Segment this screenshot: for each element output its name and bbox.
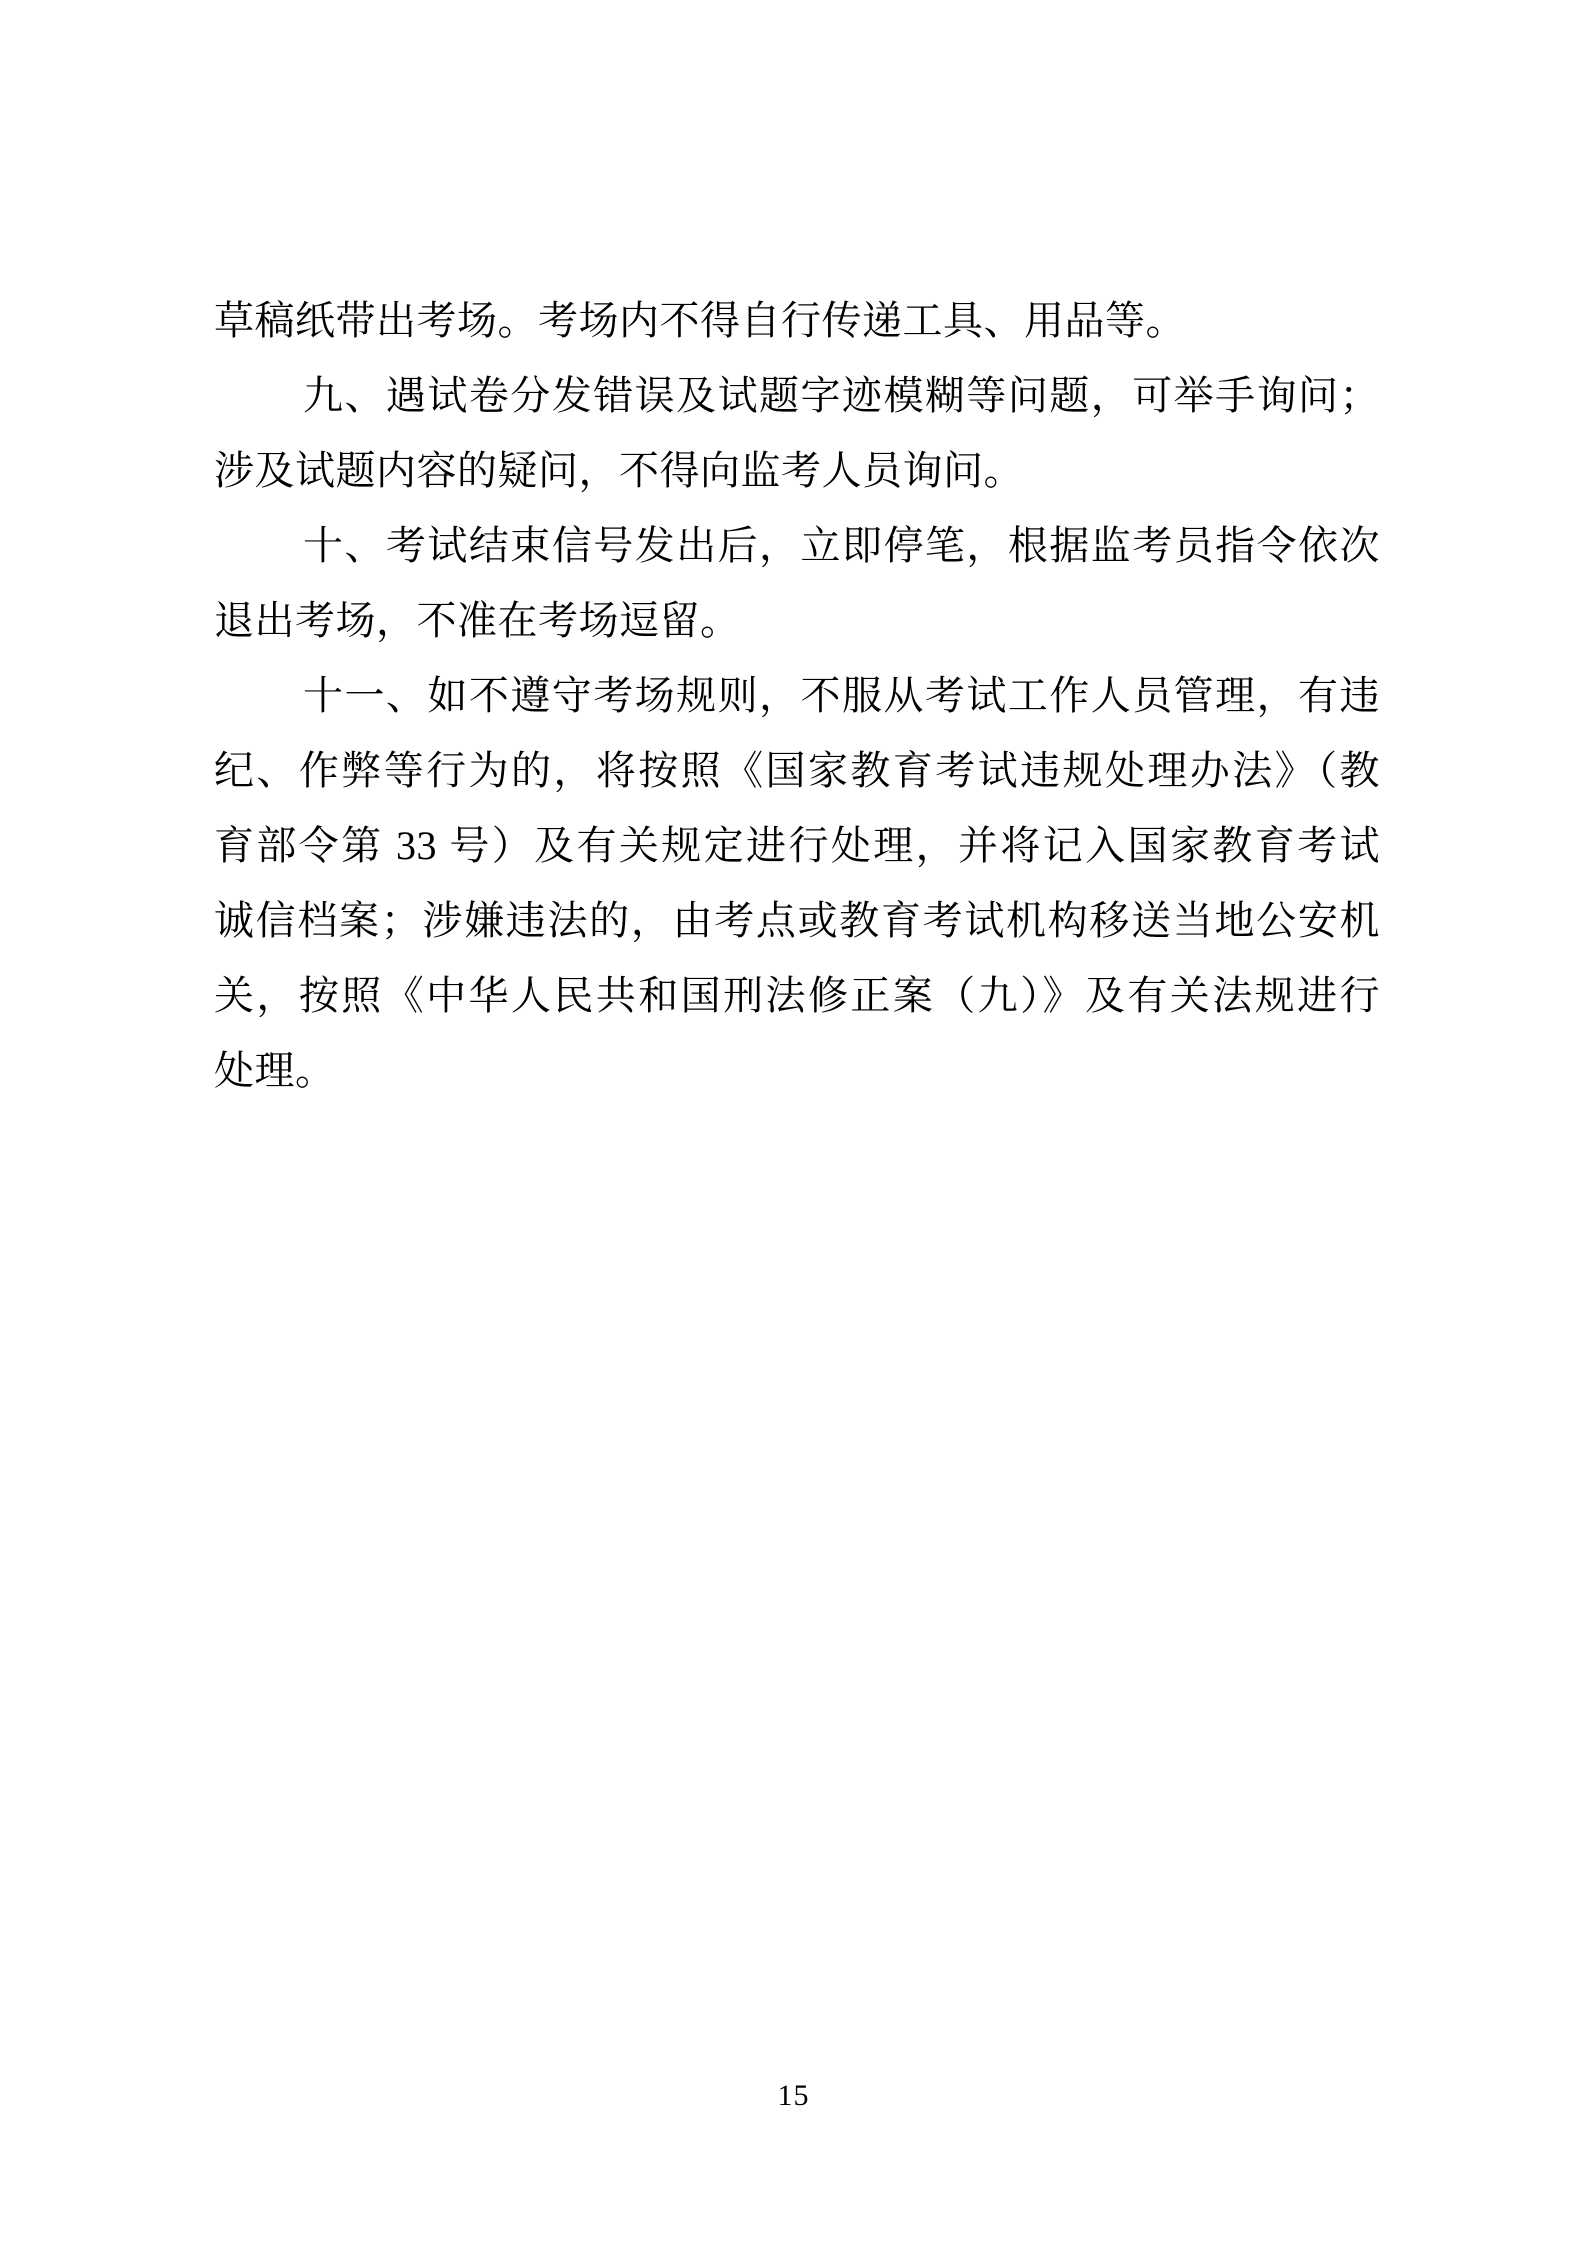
- text-line: 十、考试结束信号发出后，立即停笔，根据监考员指令依次: [214, 508, 1380, 583]
- page-number: 15: [778, 2079, 810, 2112]
- page-footer: 15: [0, 2078, 1587, 2114]
- document-page: 草稿纸带出考场。考场内不得自行传递工具、用品等。 九、遇试卷分发错误及试题字迹模…: [0, 0, 1587, 2245]
- text-line: 十一、如不遵守考场规则，不服从考试工作人员管理，有违: [214, 658, 1380, 733]
- text-line: 九、遇试卷分发错误及试题字迹模糊等问题，可举手询问；: [214, 358, 1380, 433]
- text-line: 处理。: [214, 1033, 1380, 1108]
- text-line: 育部令第 33 号）及有关规定进行处理，并将记入国家教育考试: [214, 808, 1380, 883]
- text-line: 涉及试题内容的疑问，不得向监考人员询问。: [214, 433, 1380, 508]
- text-line: 关，按照《中华人民共和国刑法修正案（九）》及有关法规进行: [214, 958, 1380, 1033]
- body-text: 草稿纸带出考场。考场内不得自行传递工具、用品等。 九、遇试卷分发错误及试题字迹模…: [214, 283, 1380, 1108]
- text-line: 诚信档案；涉嫌违法的，由考点或教育考试机构移送当地公安机: [214, 883, 1380, 958]
- text-line: 退出考场，不准在考场逗留。: [214, 583, 1380, 658]
- text-line: 草稿纸带出考场。考场内不得自行传递工具、用品等。: [214, 283, 1380, 358]
- text-line: 纪、作弊等行为的，将按照《国家教育考试违规处理办法》（教: [214, 733, 1380, 808]
